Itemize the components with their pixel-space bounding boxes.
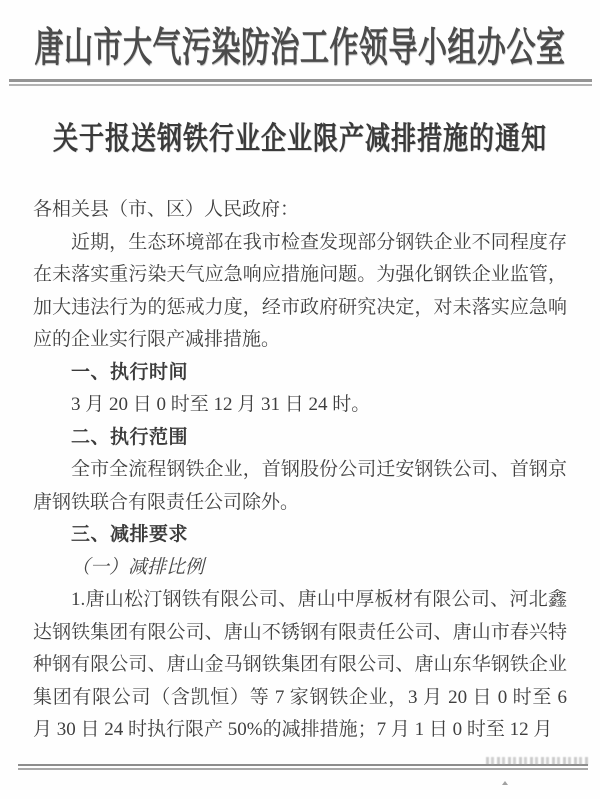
letterhead-title: 唐山市大气污染防治工作领导小组办公室 <box>0 29 600 70</box>
section-heading: 三、减排要求 <box>33 519 567 552</box>
scanned-document-page: 唐山市大气污染防治工作领导小组办公室 关于报送钢铁行业企业限产减排措施的通知 各… <box>0 0 600 799</box>
faint-watermark-smudge <box>486 757 590 765</box>
section-heading: 一、执行时间 <box>33 357 567 390</box>
document-title: 关于报送钢铁行业企业限产减排措施的通知 <box>0 124 600 155</box>
body-paragraph: 3 月 20 日 0 时至 12 月 31 日 24 时。 <box>33 389 567 422</box>
body-paragraph: 全市全流程钢铁企业，首钢股份公司迁安钢铁公司、首钢京唐钢铁联合有限责任公司除外。 <box>33 454 567 519</box>
sub-section-heading: （一）减排比例 <box>33 552 567 585</box>
section-heading: 二、执行范围 <box>33 422 567 455</box>
body-paragraph: 1.唐山松汀钢铁有限公司、唐山中厚板材有限公司、河北鑫达钢铁集团有限公司、唐山不… <box>33 584 567 747</box>
footer-divider-line-bottom <box>18 768 588 770</box>
scan-speck <box>502 781 508 785</box>
divider-thin-line <box>9 84 592 86</box>
salutation-line: 各相关县（市、区）人民政府： <box>33 194 567 227</box>
letterhead-divider <box>9 79 592 86</box>
document-body: 各相关县（市、区）人民政府：近期，生态环境部在我市检查发现部分钢铁企业不同程度存… <box>33 194 567 747</box>
body-paragraph: 近期，生态环境部在我市检查发现部分钢铁企业不同程度存在未落实重污染天气应急响应措… <box>33 227 567 357</box>
